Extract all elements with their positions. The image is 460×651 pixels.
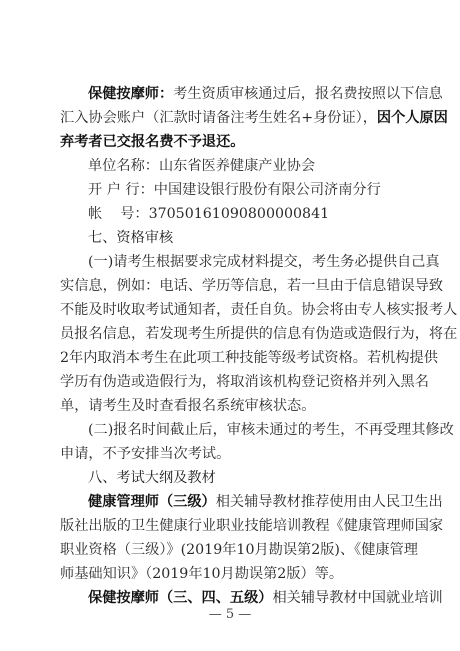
health-manager-label: 健康管理师（三级）: [88, 494, 216, 510]
massage-therapist-label: 保健按摩师：: [88, 86, 173, 102]
massage-line-1: 保健按摩师（三、四、五级）相关辅导教材中国就业培训: [88, 587, 400, 609]
section-7-p1-line: 单，请考生及时查看报名系统审核状态。: [60, 395, 400, 417]
payment-line-1: 保健按摩师：考生资质审核通过后，报名费按照以下信息: [88, 83, 400, 105]
section-7-p2-line: 申请，不予安排当次考试。: [60, 443, 400, 465]
section-7-p1-line: 实信息，例如：电话、学历等信息，若一旦由于信息错误导致: [60, 275, 400, 297]
health-manager-line: 职业资格（三级）》(2019年10月勘误第2版)、《健康管理: [60, 539, 400, 561]
section-8-heading: 八、考试大纲及教材: [88, 467, 400, 489]
section-7-p1-line: 员报名信息，若发现考生所提供的信息有伪造或造假行为，将在: [60, 323, 400, 345]
section-7-p1-line: (一)请考生根据要求完成材料提交，考生务必提供自己真: [88, 251, 400, 273]
health-manager-line-1: 健康管理师（三级）相关辅导教材推荐使用由人民卫生出: [88, 491, 400, 513]
health-manager-line: 版社出版的卫生健康行业职业技能培训教程《健康管理师国家: [60, 515, 400, 537]
massage-label: 保健按摩师（三、四、五级）: [88, 590, 272, 606]
document-page: 保健按摩师：考生资质审核通过后，报名费按照以下信息 汇入协会账户（汇款时请备注考…: [0, 0, 460, 651]
page-number: — 5 —: [0, 607, 460, 622]
health-manager-line: 师基础知识》（2019年10月勘误第2版）等。: [60, 563, 400, 585]
account-unit-name: 单位名称：山东省医养健康产业协会: [88, 155, 400, 177]
section-7-p2-line: (二)报名时间截止后，审核未通过的考生，不再受理其修改: [88, 419, 400, 441]
payment-line-3: 弃考者已交报名费不予退还。: [60, 131, 400, 153]
section-7-p1-line: 不能及时收取考试通知者，责任自负。协会将由专人核实报考人: [60, 299, 400, 321]
payment-line-2: 汇入协会账户（汇款时请备注考生姓名+身份证），因个人原因: [60, 107, 400, 129]
section-7-p1-line: 学历有伪造或造假行为，将取消该机构登记资格并列入黑名: [60, 371, 400, 393]
section-7-p1-line: 2年内取消本考生在此项工种技能等级考试资格。若机构提供: [60, 347, 400, 369]
account-number: 帐 号：37050161090800000841: [88, 203, 400, 225]
section-7-heading: 七、资格审核: [88, 227, 400, 249]
account-bank: 开 户 行：中国建设银行股份有限公司济南分行: [88, 179, 400, 201]
